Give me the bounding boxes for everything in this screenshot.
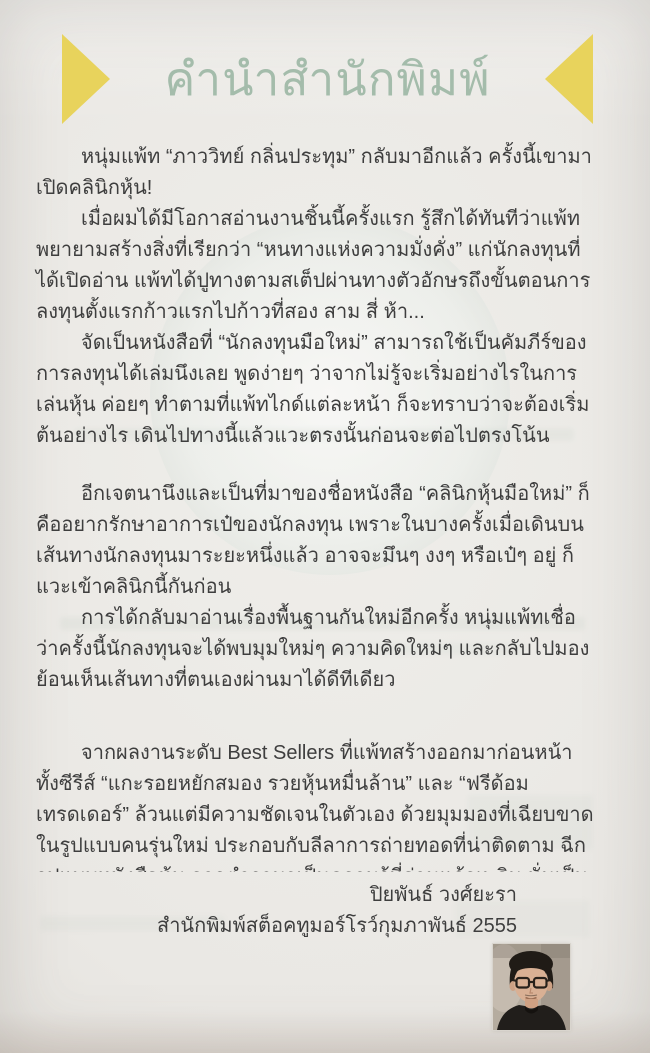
preface-body: หนุ่มแพ้ท “ภาววิทย์ กลิ่นประทุม” กลับมาอ…: [0, 142, 650, 872]
paragraph-5: การได้กลับมาอ่านเรื่องพื้นฐานกันใหม่อีกค…: [36, 603, 596, 696]
author-portrait-illustration: [493, 944, 570, 1030]
book-page: คำนำสำนักพิมพ์ หนุ่มแพ้ท “ภาววิทย์ กลิ่น…: [0, 0, 650, 1053]
author-photo: [493, 944, 570, 1030]
signature-publisher: สำนักพิมพ์สต็อคทูมอร์โรว์กุมภาพันธ์ 2555: [36, 911, 517, 942]
page-header: คำนำสำนักพิมพ์: [0, 0, 650, 125]
paragraph-2: เมื่อผมได้มีโอกาสอ่านงานชิ้นนี้ครั้งแรก …: [36, 204, 596, 328]
page-title: คำนำสำนักพิมพ์: [110, 43, 545, 116]
signature-name: ปิยพันธ์ วงศ์ยะรา: [36, 880, 517, 911]
paragraph-6: จากผลงานระดับ Best Sellers ที่แพ้ทสร้างอ…: [36, 738, 596, 872]
yellow-triangle-right-icon: [545, 34, 593, 124]
yellow-triangle-left-icon: [62, 34, 110, 124]
paragraph-1: หนุ่มแพ้ท “ภาววิทย์ กลิ่นประทุม” กลับมาอ…: [36, 142, 596, 204]
signature-block: ปิยพันธ์ วงศ์ยะรา สำนักพิมพ์สต็อคทูมอร์โ…: [36, 880, 517, 942]
paragraph-3: จัดเป็นหนังสือที่ “นักลงทุนมือใหม่” สามา…: [36, 328, 596, 452]
paragraph-4: อีกเจตนานึงและเป็นที่มาของชื่อหนังสือ “ค…: [36, 479, 596, 603]
